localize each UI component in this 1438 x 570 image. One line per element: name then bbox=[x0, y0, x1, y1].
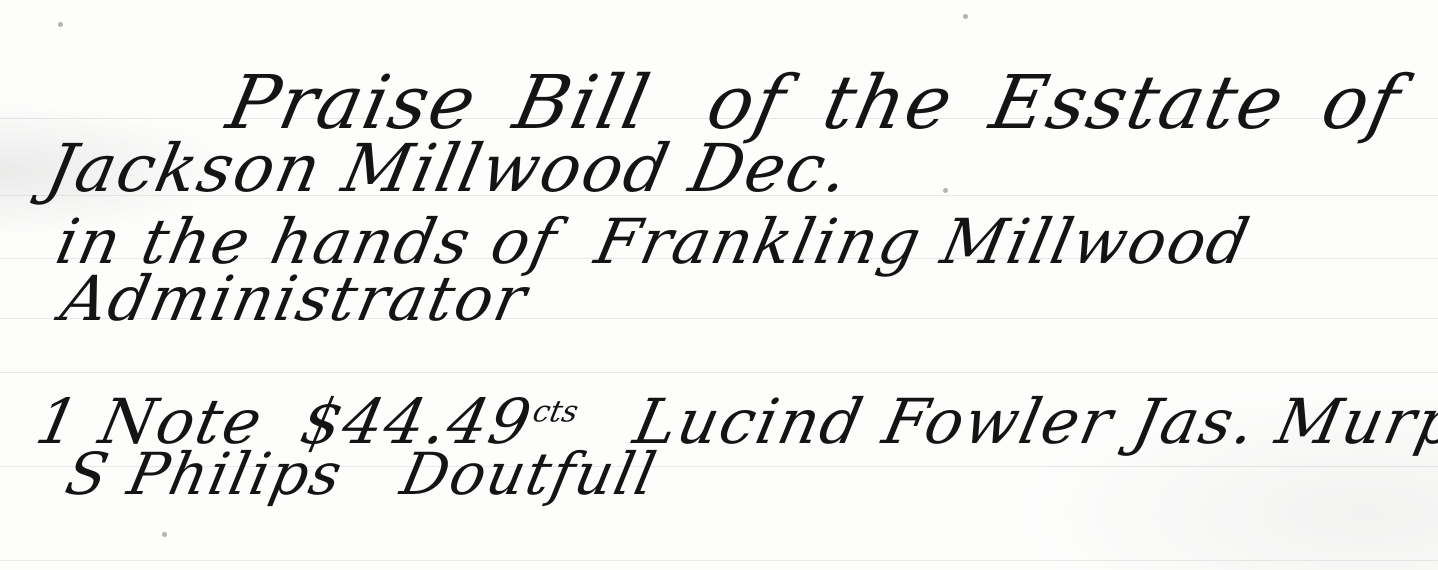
paper-speck bbox=[963, 14, 968, 19]
entry-continuation-line: S PhilipsDoutfull bbox=[60, 440, 664, 508]
ruled-line bbox=[0, 560, 1438, 561]
paper-speck bbox=[162, 532, 167, 537]
paper-speck bbox=[58, 22, 63, 27]
deceased-name: Jackson Millwood bbox=[40, 130, 677, 207]
deceased-line: Jackson MillwoodDec. bbox=[40, 130, 857, 207]
title-word: Esstate bbox=[983, 60, 1293, 146]
title-word: of bbox=[1315, 60, 1409, 146]
administrator-name: Frankling Millwood bbox=[589, 205, 1257, 278]
entry-party: Lucind Fowler bbox=[628, 385, 1121, 458]
entry-party: Jas. Murphy bbox=[1127, 385, 1438, 458]
role-line: Administrator bbox=[55, 262, 535, 335]
entry-amount-superscript: cts bbox=[530, 394, 582, 429]
entry-remark: Doutfull bbox=[395, 440, 663, 508]
ruled-line bbox=[0, 372, 1438, 373]
document-page: PraiseBilloftheEsstateof Jackson Millwoo… bbox=[0, 0, 1438, 570]
administrator-role: Administrator bbox=[55, 262, 535, 335]
deceased-suffix: Dec. bbox=[683, 130, 857, 207]
paper-speck bbox=[943, 188, 948, 193]
entry-party: S Philips bbox=[60, 440, 350, 508]
